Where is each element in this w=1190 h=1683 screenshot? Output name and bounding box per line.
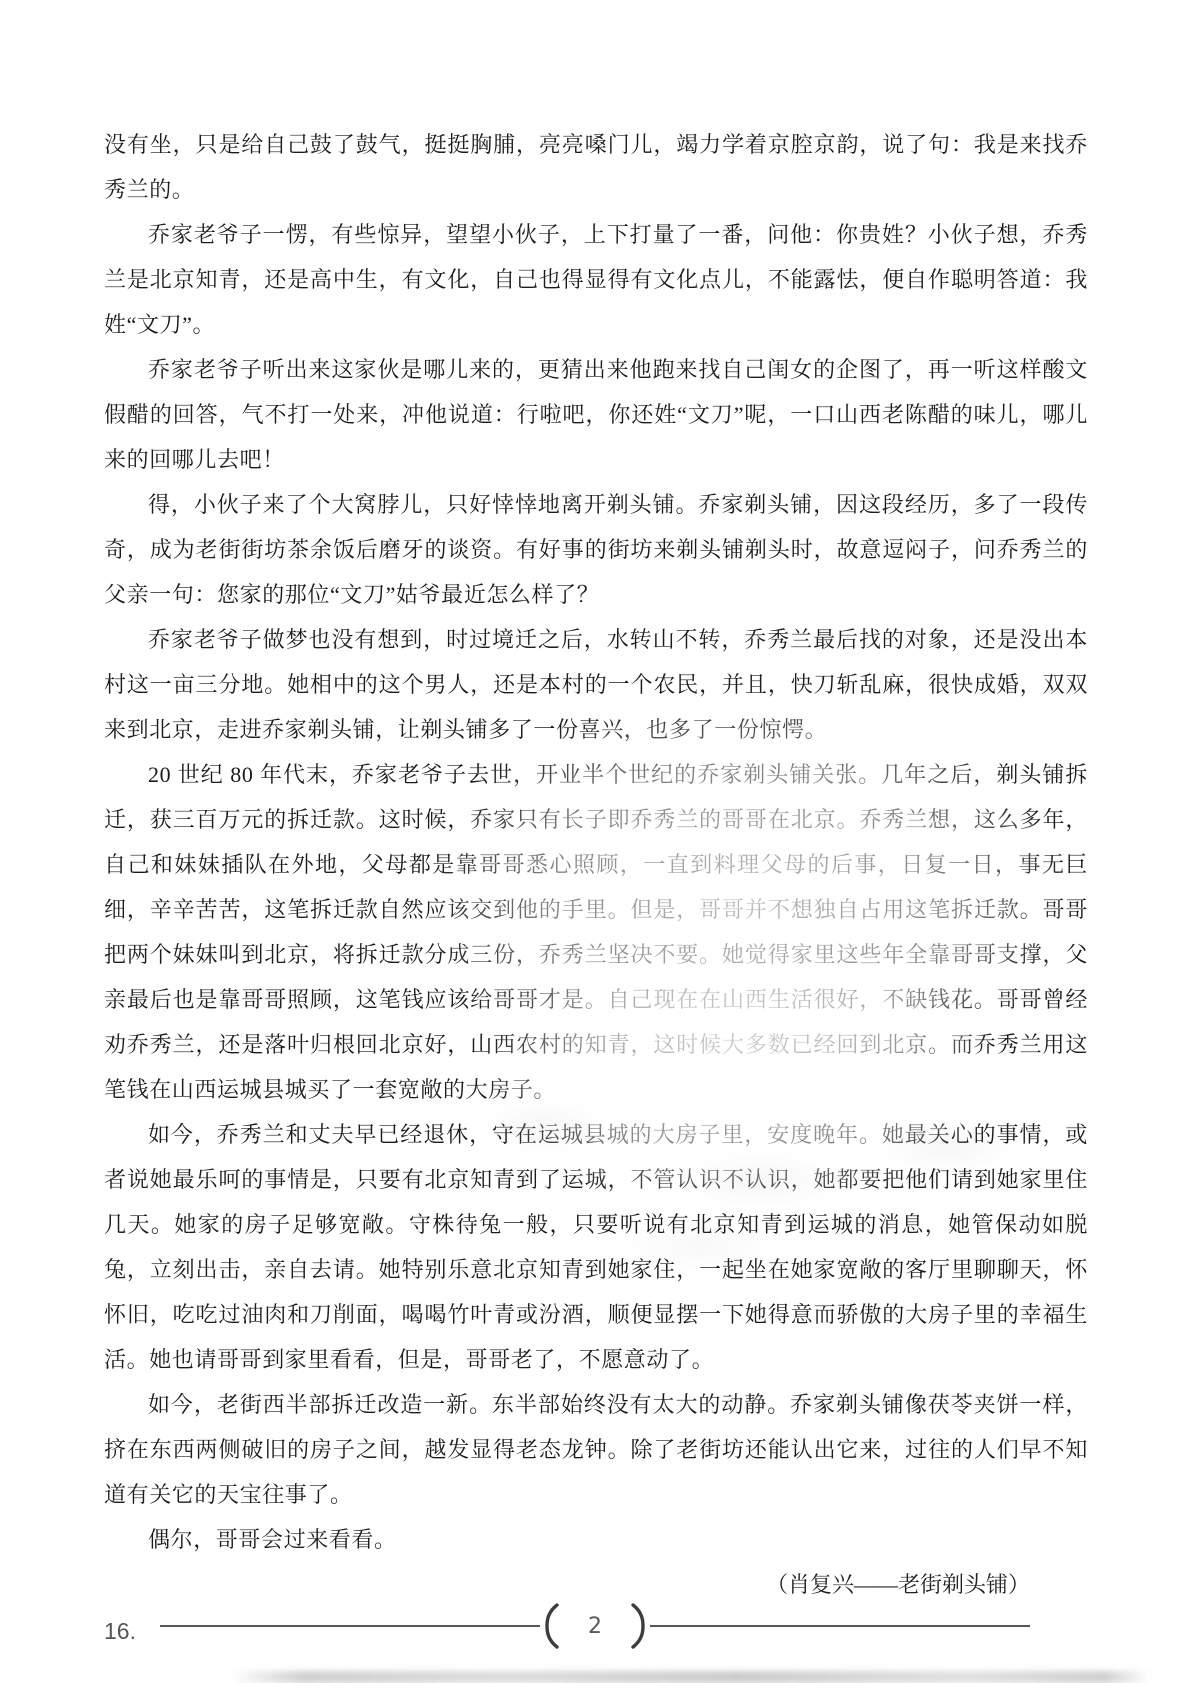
scan-edge-artifact xyxy=(230,1671,1150,1683)
passage-paragraph: 得，小伙子来了个大窝脖儿，只好悻悻地离开剃头铺。乔家剃头铺，因这段经历，多了一段… xyxy=(104,482,1088,617)
page-footer: 2 xyxy=(160,1602,1030,1650)
passage-paragraph: 乔家老爷子一愣，有些惊异，望望小伙子，上下打量了一番，问他：你贵姓？小伙子想，乔… xyxy=(104,212,1088,347)
passage-paragraph: 没有坐，只是给自己鼓了鼓气，挺挺胸脯，亮亮嗓门儿，竭力学着京腔京韵，说了句：我是… xyxy=(104,122,1088,212)
passage-paragraph: 20 世纪 80 年代末，乔家老爷子去世，开业半个世纪的乔家剃头铺关张。几年之后… xyxy=(104,752,1088,1112)
passage-body: 没有坐，只是给自己鼓了鼓气，挺挺胸脯，亮亮嗓门儿，竭力学着京腔京韵，说了句：我是… xyxy=(104,122,1088,1654)
page-bracket-left-icon xyxy=(542,1603,560,1649)
page-number: 2 xyxy=(562,1614,628,1639)
footer-rule-left xyxy=(160,1625,540,1627)
passage-paragraph: 如今，老街西半部拆迁改造一新。东半部始终没有太大的动静。乔家剃头铺像茯苓夹饼一样… xyxy=(104,1382,1088,1517)
passage-paragraph: 乔家老爷子做梦也没有想到，时过境迁之后，水转山不转，乔秀兰最后找的对象，还是没出… xyxy=(104,617,1088,752)
document-page: 没有坐，只是给自己鼓了鼓气，挺挺胸脯，亮亮嗓门儿，竭力学着京腔京韵，说了句：我是… xyxy=(0,0,1190,1683)
passage-paragraph: 偶尔，哥哥会过来看看。 xyxy=(104,1517,1088,1562)
passage-paragraph: 如今，乔秀兰和丈夫早已经退休，守在运城县城的大房子里，安度晚年。她最关心的事情，… xyxy=(104,1112,1088,1382)
page-bracket-right-icon xyxy=(630,1603,648,1649)
passage-paragraph: 乔家老爷子听出来这家伙是哪儿来的，更猜出来他跑来找自己闺女的企图了，再一听这样酸… xyxy=(104,347,1088,482)
footer-rule-right xyxy=(650,1625,1030,1627)
